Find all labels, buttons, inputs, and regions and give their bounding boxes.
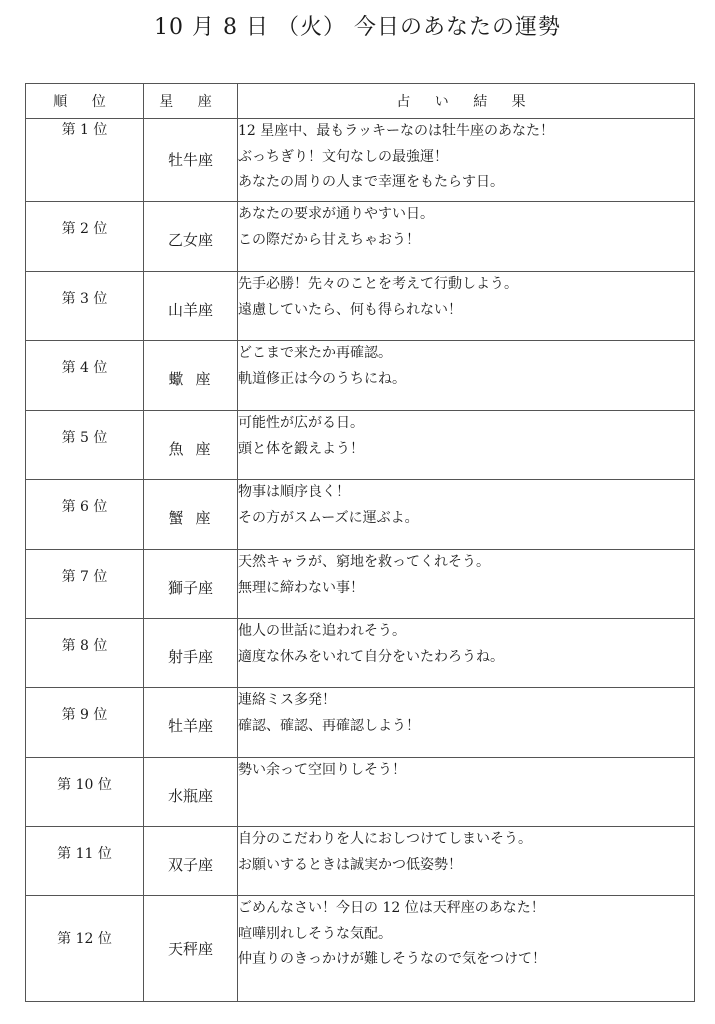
rank-cell: 第 10 位 bbox=[26, 758, 144, 827]
table-header-row: 順 位 星 座 占 い 結 果 bbox=[26, 84, 695, 119]
result-line: 可能性が広がる日。 bbox=[238, 411, 694, 437]
rank-cell: 第 5 位 bbox=[26, 411, 144, 480]
rank-cell: 第 9 位 bbox=[26, 688, 144, 758]
rank-cell: 第 8 位 bbox=[26, 619, 144, 688]
rank-cell: 第 4 位 bbox=[26, 341, 144, 411]
result-cell: 自分のこだわりを人におしつけてしまいそう。 お願いするときは誠実かつ低姿勢！ bbox=[238, 827, 695, 896]
header-result: 占 い 結 果 bbox=[238, 84, 695, 119]
result-cell: 先手必勝！先々のことを考えて行動しよう。 遠慮していたら、何も得られない！ bbox=[238, 272, 695, 341]
sign-cell: 射手座 bbox=[144, 619, 238, 688]
result-line: 12 星座中、最もラッキーなのは牡牛座のあなた！ bbox=[238, 119, 694, 145]
sign-cell: 獅子座 bbox=[144, 550, 238, 619]
result-line: 軌道修正は今のうちにね。 bbox=[238, 367, 694, 393]
rank-cell: 第 3 位 bbox=[26, 272, 144, 341]
result-line: 勢い余って空回りしそう！ bbox=[238, 758, 694, 784]
table-row: 第 5 位 魚座 可能性が広がる日。 頭と体を鍛えよう！ bbox=[26, 411, 695, 480]
result-line: 遠慮していたら、何も得られない！ bbox=[238, 298, 694, 324]
result-cell: 可能性が広がる日。 頭と体を鍛えよう！ bbox=[238, 411, 695, 480]
header-rank: 順 位 bbox=[26, 84, 144, 119]
result-line: 物事は順序良く！ bbox=[238, 480, 694, 506]
page-title: 10 月 8 日 （火） 今日のあなたの運勢 bbox=[0, 10, 715, 46]
result-line: どこまで来たか再確認。 bbox=[238, 341, 694, 367]
rank-cell: 第 6 位 bbox=[26, 480, 144, 550]
table-row: 第 9 位 牡羊座 連絡ミス多発！ 確認、確認、再確認しよう！ bbox=[26, 688, 695, 758]
rank-cell: 第 12 位 bbox=[26, 896, 144, 1002]
result-line: 他人の世話に追われそう。 bbox=[238, 619, 694, 645]
table-row: 第 3 位 山羊座 先手必勝！先々のことを考えて行動しよう。 遠慮していたら、何… bbox=[26, 272, 695, 341]
result-cell: 連絡ミス多発！ 確認、確認、再確認しよう！ bbox=[238, 688, 695, 758]
result-line: 適度な休みをいれて自分をいたわろうね。 bbox=[238, 645, 694, 671]
sign-cell: 蟹座 bbox=[144, 480, 238, 550]
result-line: お願いするときは誠実かつ低姿勢！ bbox=[238, 853, 694, 879]
result-line: 仲直りのきっかけが難しそうなので気をつけて！ bbox=[238, 947, 694, 973]
result-line: 自分のこだわりを人におしつけてしまいそう。 bbox=[238, 827, 694, 853]
table-row: 第 8 位 射手座 他人の世話に追われそう。 適度な休みをいれて自分をいたわろう… bbox=[26, 619, 695, 688]
result-cell: 物事は順序良く！ その方がスムーズに運ぶよ。 bbox=[238, 480, 695, 550]
table-row: 第 1 位 牡牛座 12 星座中、最もラッキーなのは牡牛座のあなた！ ぶっちぎり… bbox=[26, 119, 695, 202]
rank-cell: 第 11 位 bbox=[26, 827, 144, 896]
table-row: 第 2 位 乙女座 あなたの要求が通りやすい日。 この際だから甘えちゃおう！ bbox=[26, 202, 695, 272]
result-cell: 勢い余って空回りしそう！ bbox=[238, 758, 695, 827]
sign-cell: 天秤座 bbox=[144, 896, 238, 1002]
sign-cell: 魚座 bbox=[144, 411, 238, 480]
result-line: 連絡ミス多発！ bbox=[238, 688, 694, 714]
result-cell: 天然キャラが、窮地を救ってくれそう。 無理に締わない事！ bbox=[238, 550, 695, 619]
fortune-table: 順 位 星 座 占 い 結 果 第 1 位 牡牛座 12 星座中、最もラッキーな… bbox=[25, 83, 695, 1002]
result-line: ごめんなさい！今日の 12 位は天秤座のあなた！ bbox=[238, 896, 694, 922]
result-cell: どこまで来たか再確認。 軌道修正は今のうちにね。 bbox=[238, 341, 695, 411]
result-cell: あなたの要求が通りやすい日。 この際だから甘えちゃおう！ bbox=[238, 202, 695, 272]
rank-cell: 第 7 位 bbox=[26, 550, 144, 619]
result-line: 無理に締わない事！ bbox=[238, 576, 694, 602]
result-line: あなたの要求が通りやすい日。 bbox=[238, 202, 694, 228]
result-cell: 他人の世話に追われそう。 適度な休みをいれて自分をいたわろうね。 bbox=[238, 619, 695, 688]
sign-cell: 蠍座 bbox=[144, 341, 238, 411]
result-line: この際だから甘えちゃおう！ bbox=[238, 228, 694, 254]
result-line: 天然キャラが、窮地を救ってくれそう。 bbox=[238, 550, 694, 576]
result-cell: ごめんなさい！今日の 12 位は天秤座のあなた！ 喧嘩別れしそうな気配。 仲直り… bbox=[238, 896, 695, 1002]
sign-cell: 牡牛座 bbox=[144, 119, 238, 202]
header-sign: 星 座 bbox=[144, 84, 238, 119]
result-line: 頭と体を鍛えよう！ bbox=[238, 437, 694, 463]
result-cell: 12 星座中、最もラッキーなのは牡牛座のあなた！ ぶっちぎり！文句なしの最強運！… bbox=[238, 119, 695, 202]
rank-cell: 第 1 位 bbox=[26, 119, 144, 202]
result-line: 確認、確認、再確認しよう！ bbox=[238, 714, 694, 740]
sign-cell: 山羊座 bbox=[144, 272, 238, 341]
table-row: 第 6 位 蟹座 物事は順序良く！ その方がスムーズに運ぶよ。 bbox=[26, 480, 695, 550]
rank-cell: 第 2 位 bbox=[26, 202, 144, 272]
result-line: その方がスムーズに運ぶよ。 bbox=[238, 506, 694, 532]
sign-cell: 双子座 bbox=[144, 827, 238, 896]
table-row: 第 12 位 天秤座 ごめんなさい！今日の 12 位は天秤座のあなた！ 喧嘩別れ… bbox=[26, 896, 695, 1002]
result-line: 喧嘩別れしそうな気配。 bbox=[238, 922, 694, 948]
table-row: 第 4 位 蠍座 どこまで来たか再確認。 軌道修正は今のうちにね。 bbox=[26, 341, 695, 411]
result-line: ぶっちぎり！文句なしの最強運！ bbox=[238, 145, 694, 171]
table-row: 第 11 位 双子座 自分のこだわりを人におしつけてしまいそう。 お願いするとき… bbox=[26, 827, 695, 896]
result-line: あなたの周りの人まで幸運をもたらす日。 bbox=[238, 170, 694, 196]
sign-cell: 牡羊座 bbox=[144, 688, 238, 758]
table-row: 第 7 位 獅子座 天然キャラが、窮地を救ってくれそう。 無理に締わない事！ bbox=[26, 550, 695, 619]
table-row: 第 10 位 水瓶座 勢い余って空回りしそう！ bbox=[26, 758, 695, 827]
sign-cell: 乙女座 bbox=[144, 202, 238, 272]
sign-cell: 水瓶座 bbox=[144, 758, 238, 827]
result-line: 先手必勝！先々のことを考えて行動しよう。 bbox=[238, 272, 694, 298]
